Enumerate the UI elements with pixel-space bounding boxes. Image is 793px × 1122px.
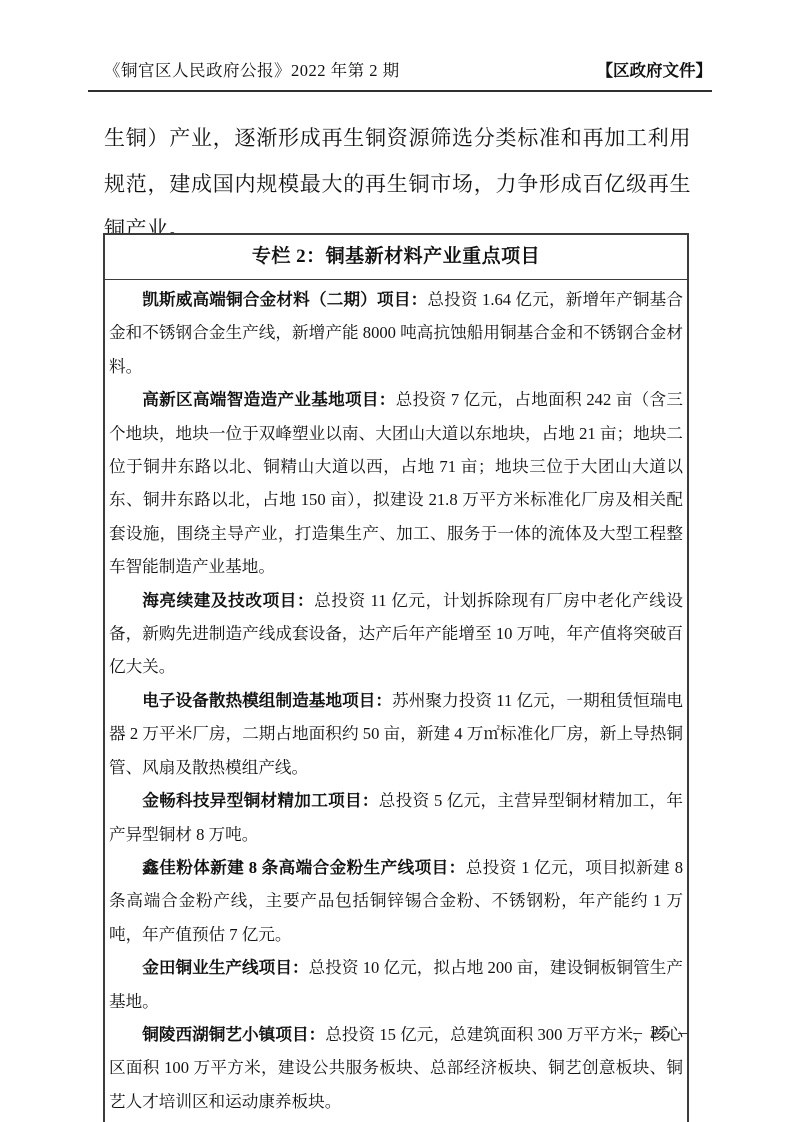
panel-title: 专栏 2：铜基新材料产业重点项目	[105, 235, 687, 280]
project-name: 鑫佳粉体新建 8 条高端合金粉生产线项目：	[142, 858, 466, 877]
project-paragraph: 凯斯威高端铜合金材料（二期）项目：总投资 1.64 亿元，新增年产铜基合金和不锈…	[109, 283, 683, 383]
project-name: 高新区高端智造造产业基地项目：	[142, 390, 396, 409]
panel-body: 凯斯威高端铜合金材料（二期）项目：总投资 1.64 亿元，新增年产铜基合金和不锈…	[105, 280, 687, 1122]
gazette-page: 《铜官区人民政府公报》2022 年第 2 期 【区政府文件】 生铜）产业，逐渐形…	[0, 0, 793, 1122]
project-desc: 总投资 7 亿元，占地面积 242 亩（含三个地块，地块一位于双峰塑业以南、大团…	[109, 390, 683, 576]
project-paragraph: 金田铜业生产线项目：总投资 10 亿元，拟占地 200 亩，建设铜板铜管生产基地…	[109, 951, 683, 1018]
project-paragraph: 鑫佳粉体新建 8 条高端合金粉生产线项目：总投资 1 亿元，项目拟新建 8 条高…	[109, 851, 683, 951]
project-name: 金田铜业生产线项目：	[142, 958, 308, 977]
project-name: 金畅科技异型铜材精加工项目：	[142, 791, 379, 810]
project-paragraph: 高新区高端智造造产业基地项目：总投资 7 亿元，占地面积 242 亩（含三个地块…	[109, 383, 683, 583]
section-label: 【区政府文件】	[597, 57, 713, 81]
gazette-title: 《铜官区人民政府公报》2022 年第 2 期	[88, 57, 400, 81]
project-paragraph: 电子设备散热模组制造基地项目：苏州聚力投资 11 亿元，一期租赁恒瑞电器 2 万…	[109, 684, 683, 784]
project-paragraph: 海亮续建及技改项目：总投资 11 亿元，计划拆除现有厂房中老化产线设备，新购先进…	[109, 584, 683, 684]
page-footer: – 25 –	[633, 1022, 689, 1043]
project-name: 电子设备散热模组制造基地项目：	[142, 691, 392, 710]
project-paragraph: 金畅科技异型铜材精加工项目：总投资 5 亿元，主营异型铜材精加工，年产异型铜材 …	[109, 784, 683, 851]
project-name: 铜陵西湖铜艺小镇项目：	[142, 1025, 325, 1044]
page-header: 《铜官区人民政府公报》2022 年第 2 期 【区政府文件】	[88, 57, 712, 92]
page-number: – 25 –	[633, 1022, 689, 1042]
project-paragraph: 铜陵西湖铜艺小镇项目：总投资 15 亿元，总建筑面积 300 万平方米，核心区面…	[109, 1018, 683, 1118]
project-name: 海亮续建及技改项目：	[142, 591, 314, 610]
special-column-panel: 专栏 2：铜基新材料产业重点项目 凯斯威高端铜合金材料（二期）项目：总投资 1.…	[103, 233, 689, 1122]
project-name: 凯斯威高端铜合金材料（二期）项目：	[142, 290, 427, 309]
